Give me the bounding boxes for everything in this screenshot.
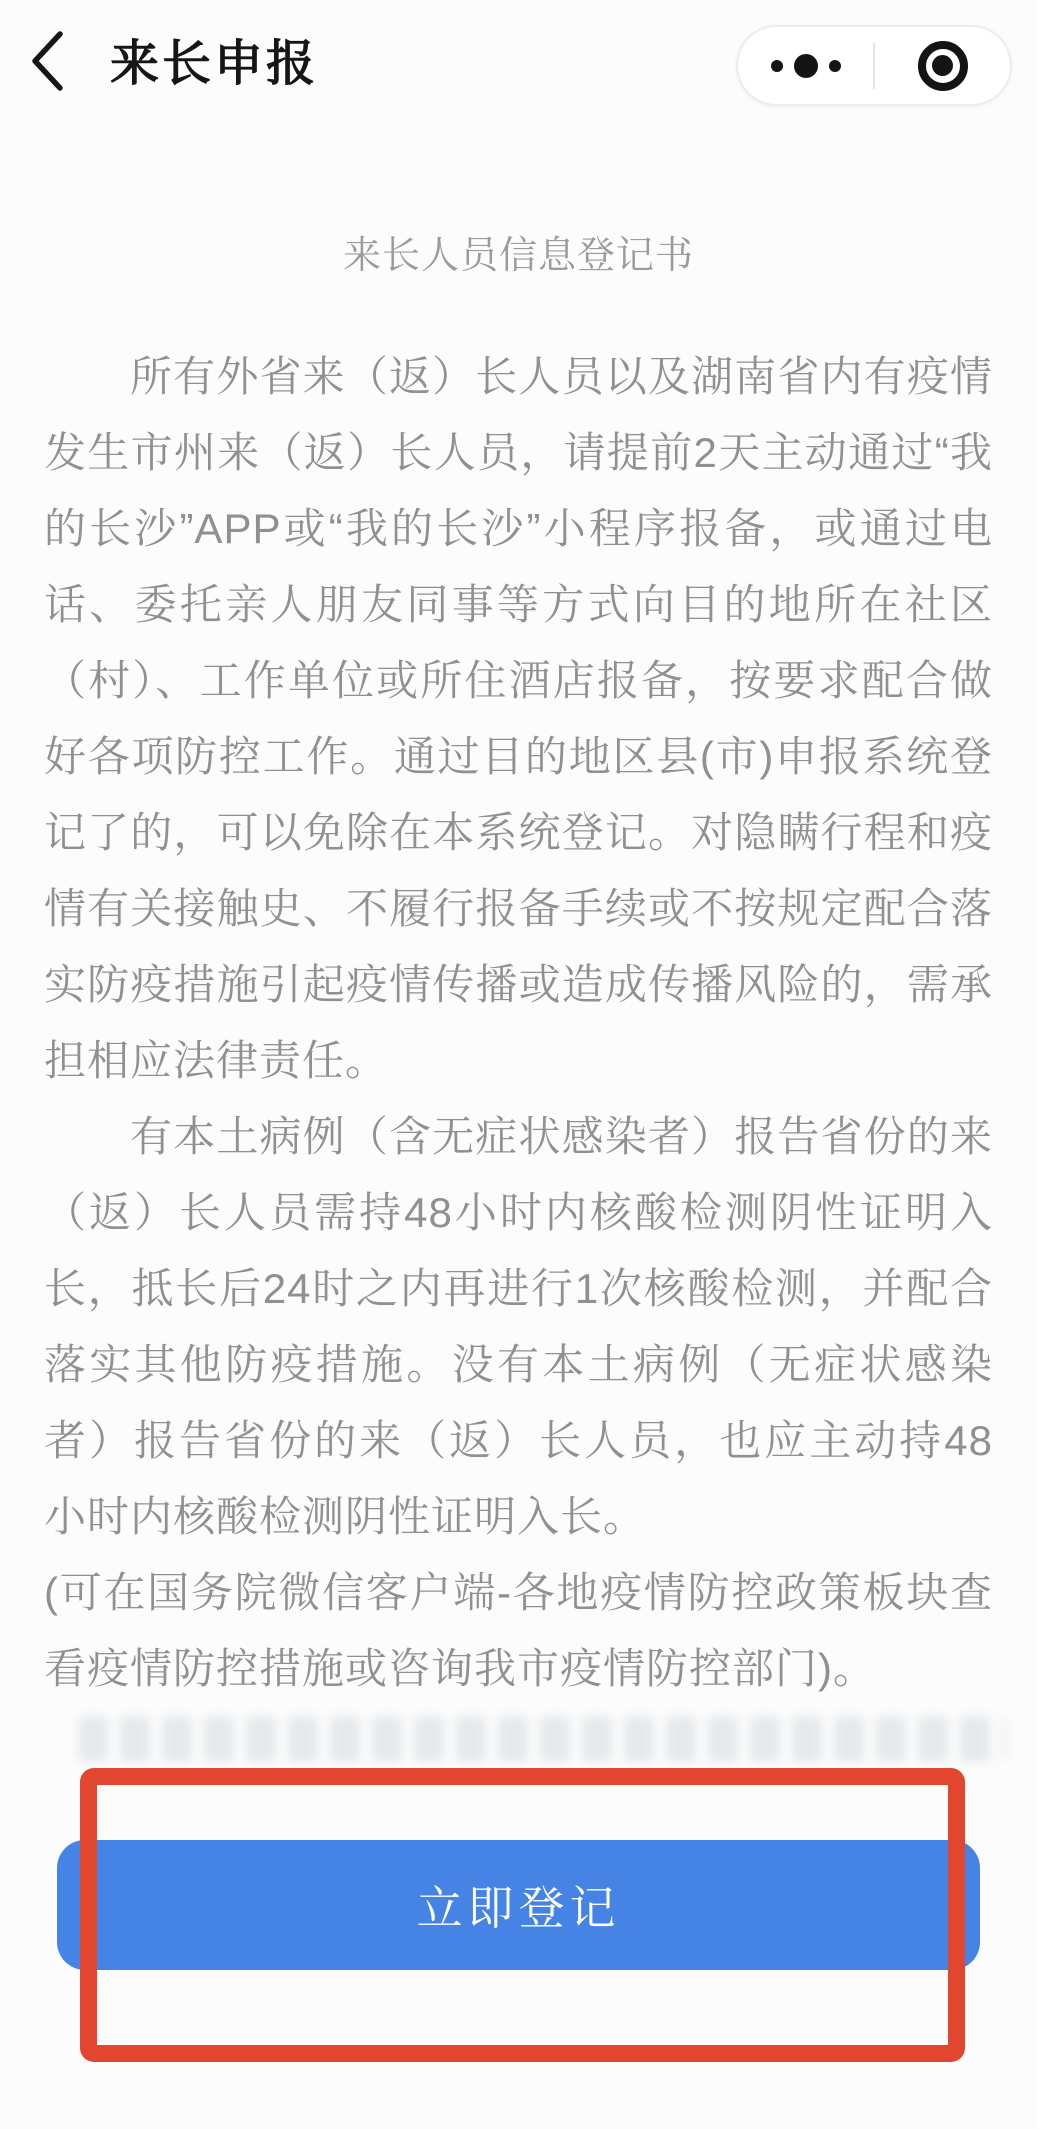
paragraph-policy-note: (可在国务院微信客户端-各地疫情防控政策板块查看疫情防控措施或咨询我市疫情防控部… — [44, 1555, 993, 1707]
capsule-menu — [736, 25, 1012, 106]
paragraph-nucleic-acid-rules: 有本土病例（含无症状感染者）报告省份的来（返）长人员需持48小时内核酸检测阴性证… — [44, 1099, 993, 1555]
mini-program-screen: 来长申报 来长人员信息登记书 所有外省来（返）长人员以及湖南省内有疫情发生市州来… — [0, 0, 1037, 2129]
faded-text-line — [78, 1716, 1006, 1762]
page-title: 来长申报 — [110, 34, 318, 89]
back-button[interactable] — [30, 29, 74, 93]
close-button[interactable] — [875, 27, 1010, 104]
more-dots-icon — [771, 54, 841, 78]
chevron-left-icon — [30, 30, 64, 92]
paragraph-declaration-rules: 所有外省来（返）长人员以及湖南省内有疫情发生市州来（返）长人员，请提前2天主动通… — [44, 339, 993, 1099]
more-button[interactable] — [738, 27, 873, 104]
close-circle-icon — [918, 41, 968, 91]
document-body: 所有外省来（返）长人员以及湖南省内有疫情发生市州来（返）长人员，请提前2天主动通… — [44, 339, 993, 1707]
document-title: 来长人员信息登记书 — [0, 237, 1037, 275]
navbar: 来长申报 — [0, 0, 1037, 122]
register-now-button[interactable]: 立即登记 — [57, 1840, 980, 1970]
